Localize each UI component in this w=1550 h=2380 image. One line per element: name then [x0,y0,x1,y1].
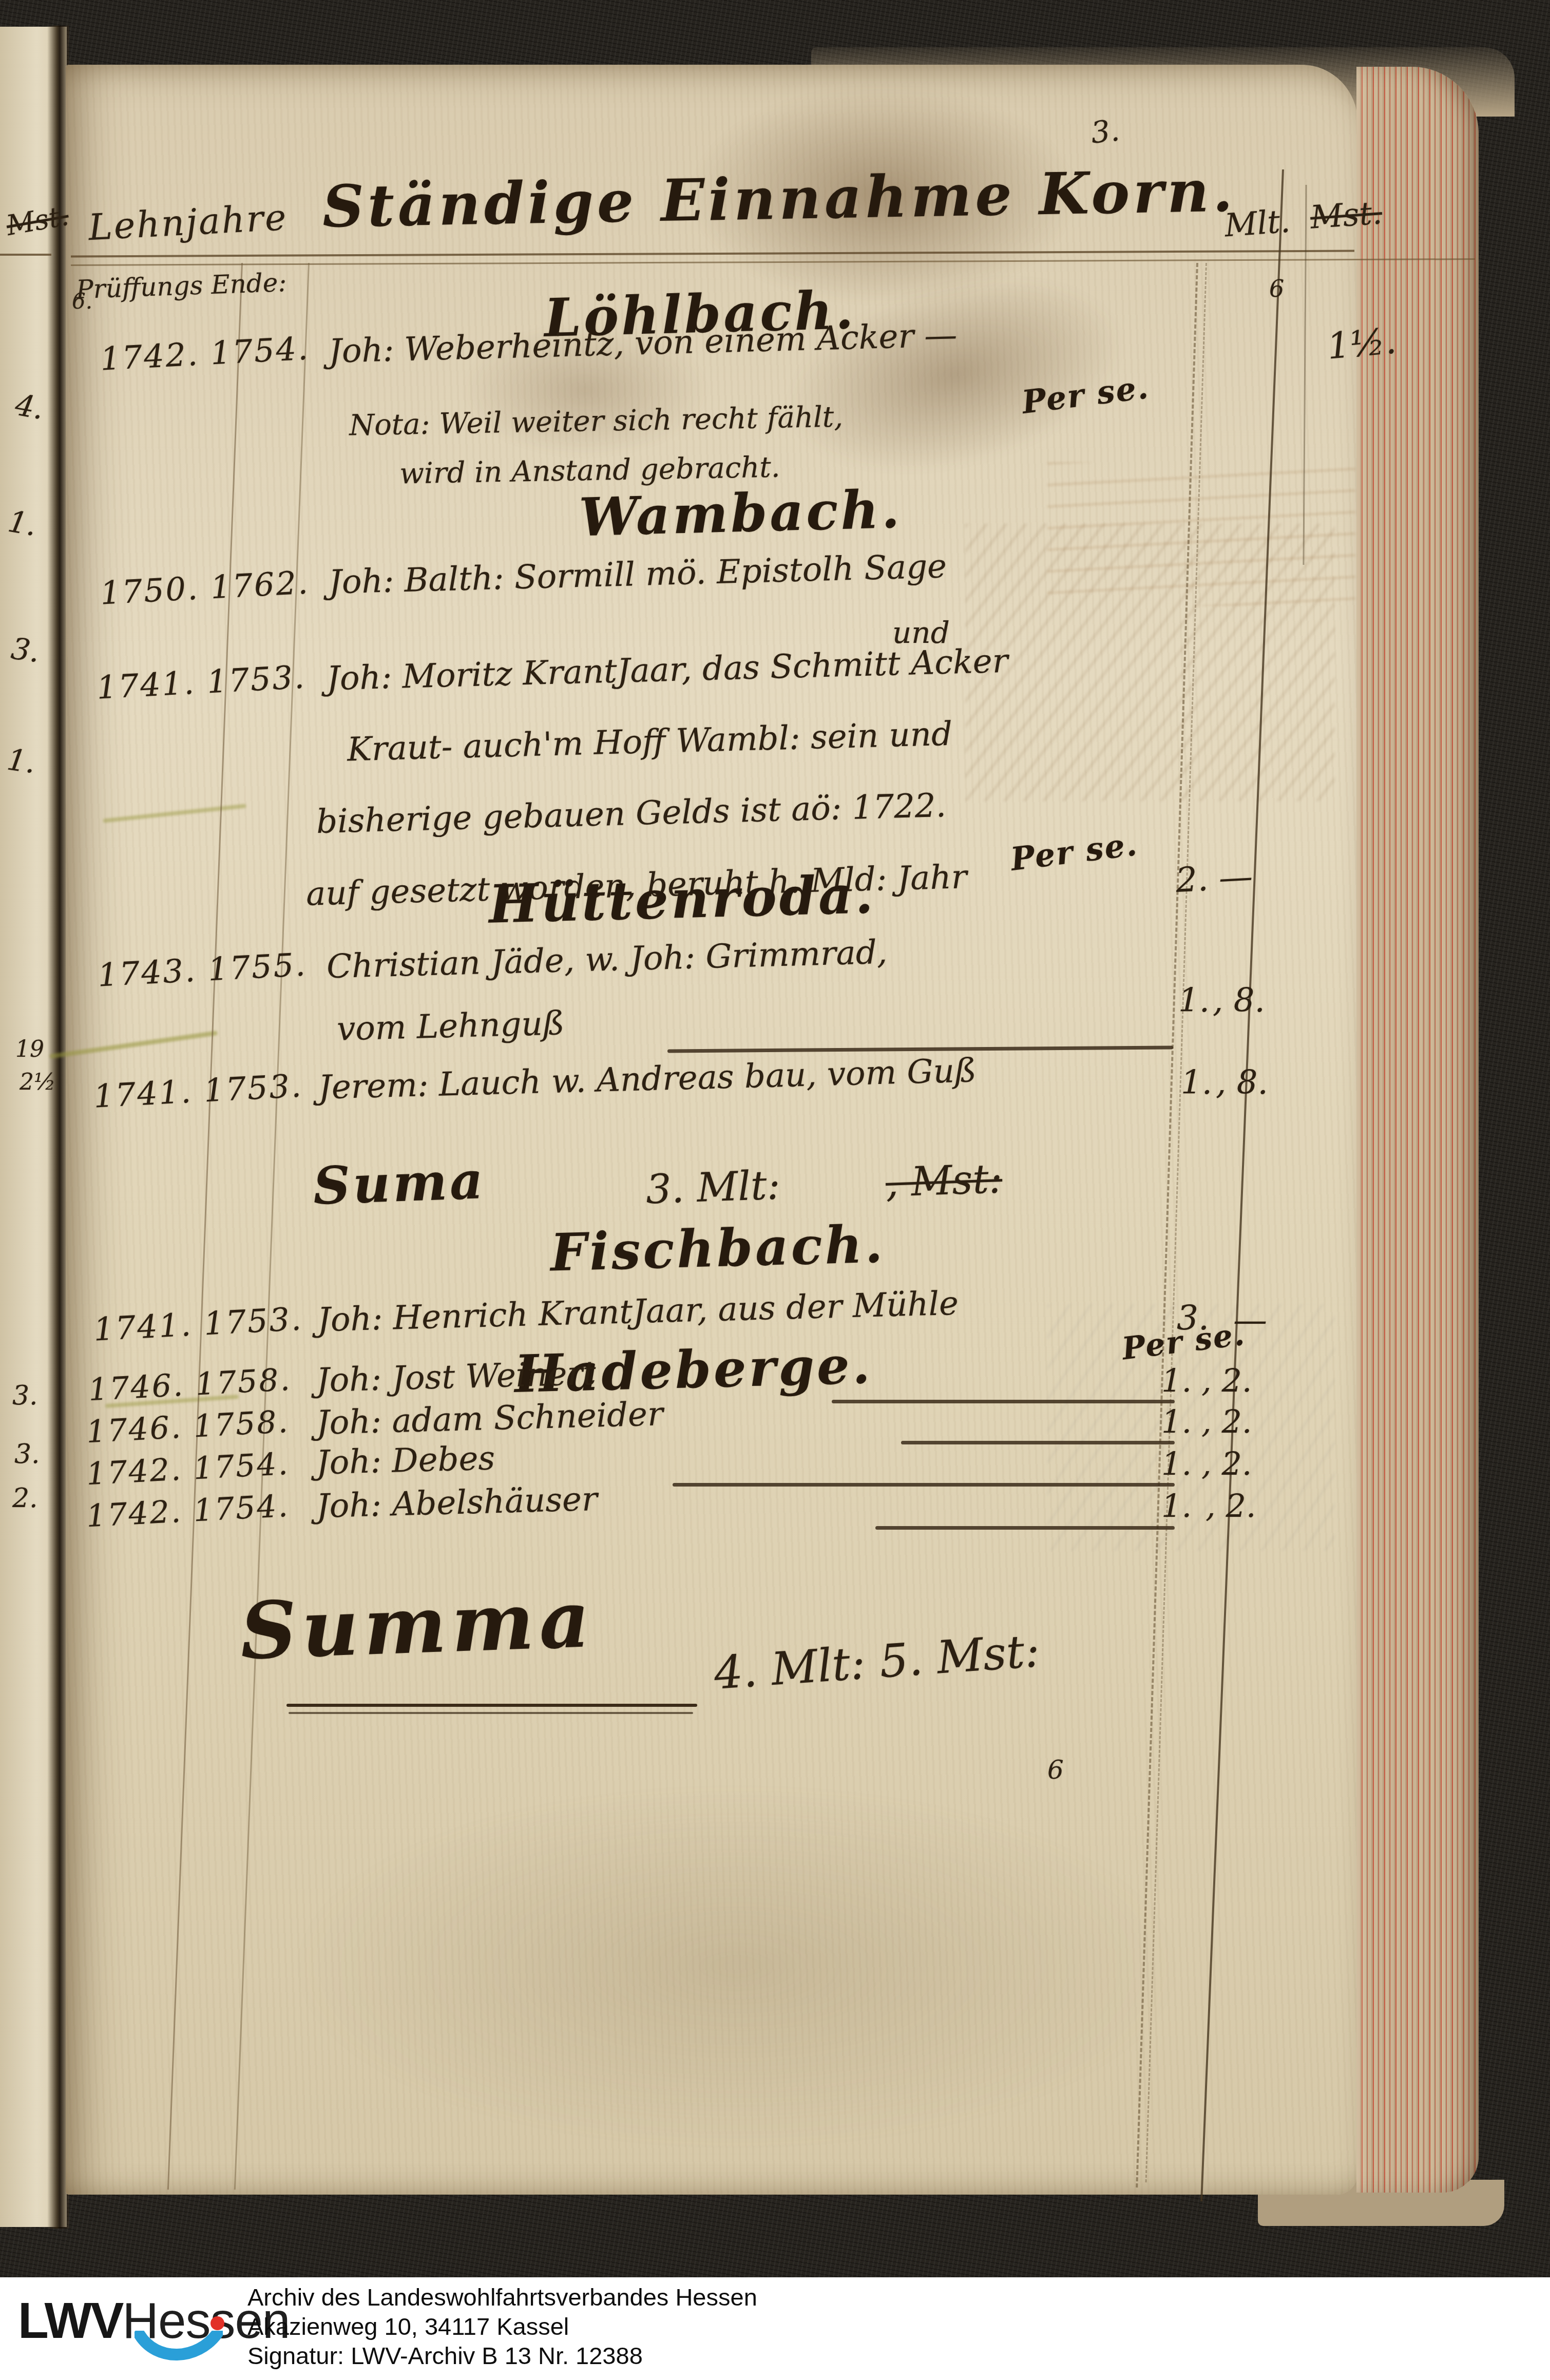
scanned-archive-page: Mst. 6. 4. 1. 3. 1. 19 2½ 3. 3. 2. 3. Le… [0,0,1550,2380]
ink-stain [288,1782,1186,2151]
paper-crease [1047,462,1355,606]
facing-value: 1. [5,741,38,780]
facing-header-rule [0,254,51,256]
row-value-mlt: 1. [1161,1362,1192,1399]
row-value-mst: , 8. [1213,982,1265,1020]
row-value-mst: , 2. [1205,1487,1256,1525]
facing-value: 3. [14,1439,40,1470]
sum-crossed: , Mst: [885,1156,1003,1206]
row-value-mst: , 2. [1201,1403,1252,1440]
section-heading-fischbach: Fischbach. [550,1213,886,1283]
row-value-mlt: 2. — [1175,856,1254,900]
row-value-mst: 1½. [1326,319,1398,367]
facing-value: 2. [12,1483,38,1514]
sum-label: Suma [312,1150,486,1216]
row-value-mst: , 2. [1201,1445,1252,1482]
row-value-mlt: 1. [1178,982,1210,1020]
logo-blue-swoosh-icon [135,2331,223,2364]
facing-value: 3. [12,1380,38,1411]
row-text: Joh: Abelshäuser [316,1480,598,1526]
row-text: Joh: Jost Weinert [316,1355,596,1400]
row-value-mlt: 1. [1181,1064,1212,1102]
summa-label: Summa [239,1573,596,1677]
logo-red-dot [211,2316,224,2330]
row-value-mlt: 1. [1161,1487,1192,1525]
archive-line-1: Archiv des Landeswohlfahrtsverbandes Hes… [247,2282,757,2312]
row-value-mlt: 1. [1161,1403,1192,1440]
header-unit-note: 6 [1269,275,1284,302]
section-heading-huettenroda: Hüttenroda. [488,864,876,936]
filler-dash [673,1483,1175,1487]
filler-dash [901,1441,1175,1444]
lwv-logo-lwv: LWV [18,2292,122,2349]
facing-value: 1. [6,504,40,543]
summa-rule [286,1704,697,1707]
page-number: 3. [1089,112,1121,150]
header-unit-mst: Mst. [1309,194,1384,236]
row-value-mlt: 1. [1161,1445,1192,1482]
fore-edge-red-sprinkle [1356,67,1479,2193]
archive-line-3: Signatur: LWV-Archiv B 13 Nr. 12388 [247,2341,757,2370]
archive-address-block: Archiv des Landeswohlfahrtsverbandes Hes… [247,2282,757,2370]
row-value-mst: , 8. [1216,1064,1268,1102]
row-text: vom Lehnguß [336,1004,565,1049]
facing-value: 19 [15,1036,44,1062]
sum-value: 3. Mlt: [645,1162,781,1213]
summa-note: 6 [1047,1755,1064,1785]
row-text: Joh: Debes [316,1439,495,1482]
header-unit-mlt: Mlt. [1223,202,1292,244]
filler-dash [875,1526,1175,1530]
archive-line-2: Akazienweg 10, 34117 Kassel [247,2312,757,2341]
archive-footer: LWVHessen Archiv des Landeswohlfahrtsver… [0,2277,1550,2380]
facing-value: 3. [9,631,42,669]
filler-dash [832,1400,1175,1403]
row-value-mst: , 2. [1201,1362,1252,1399]
facing-value: 2½ [20,1069,56,1095]
facing-value: 4. [13,387,47,427]
summa-rule [289,1712,693,1714]
section-heading-wambach: Wambach. [579,479,903,548]
